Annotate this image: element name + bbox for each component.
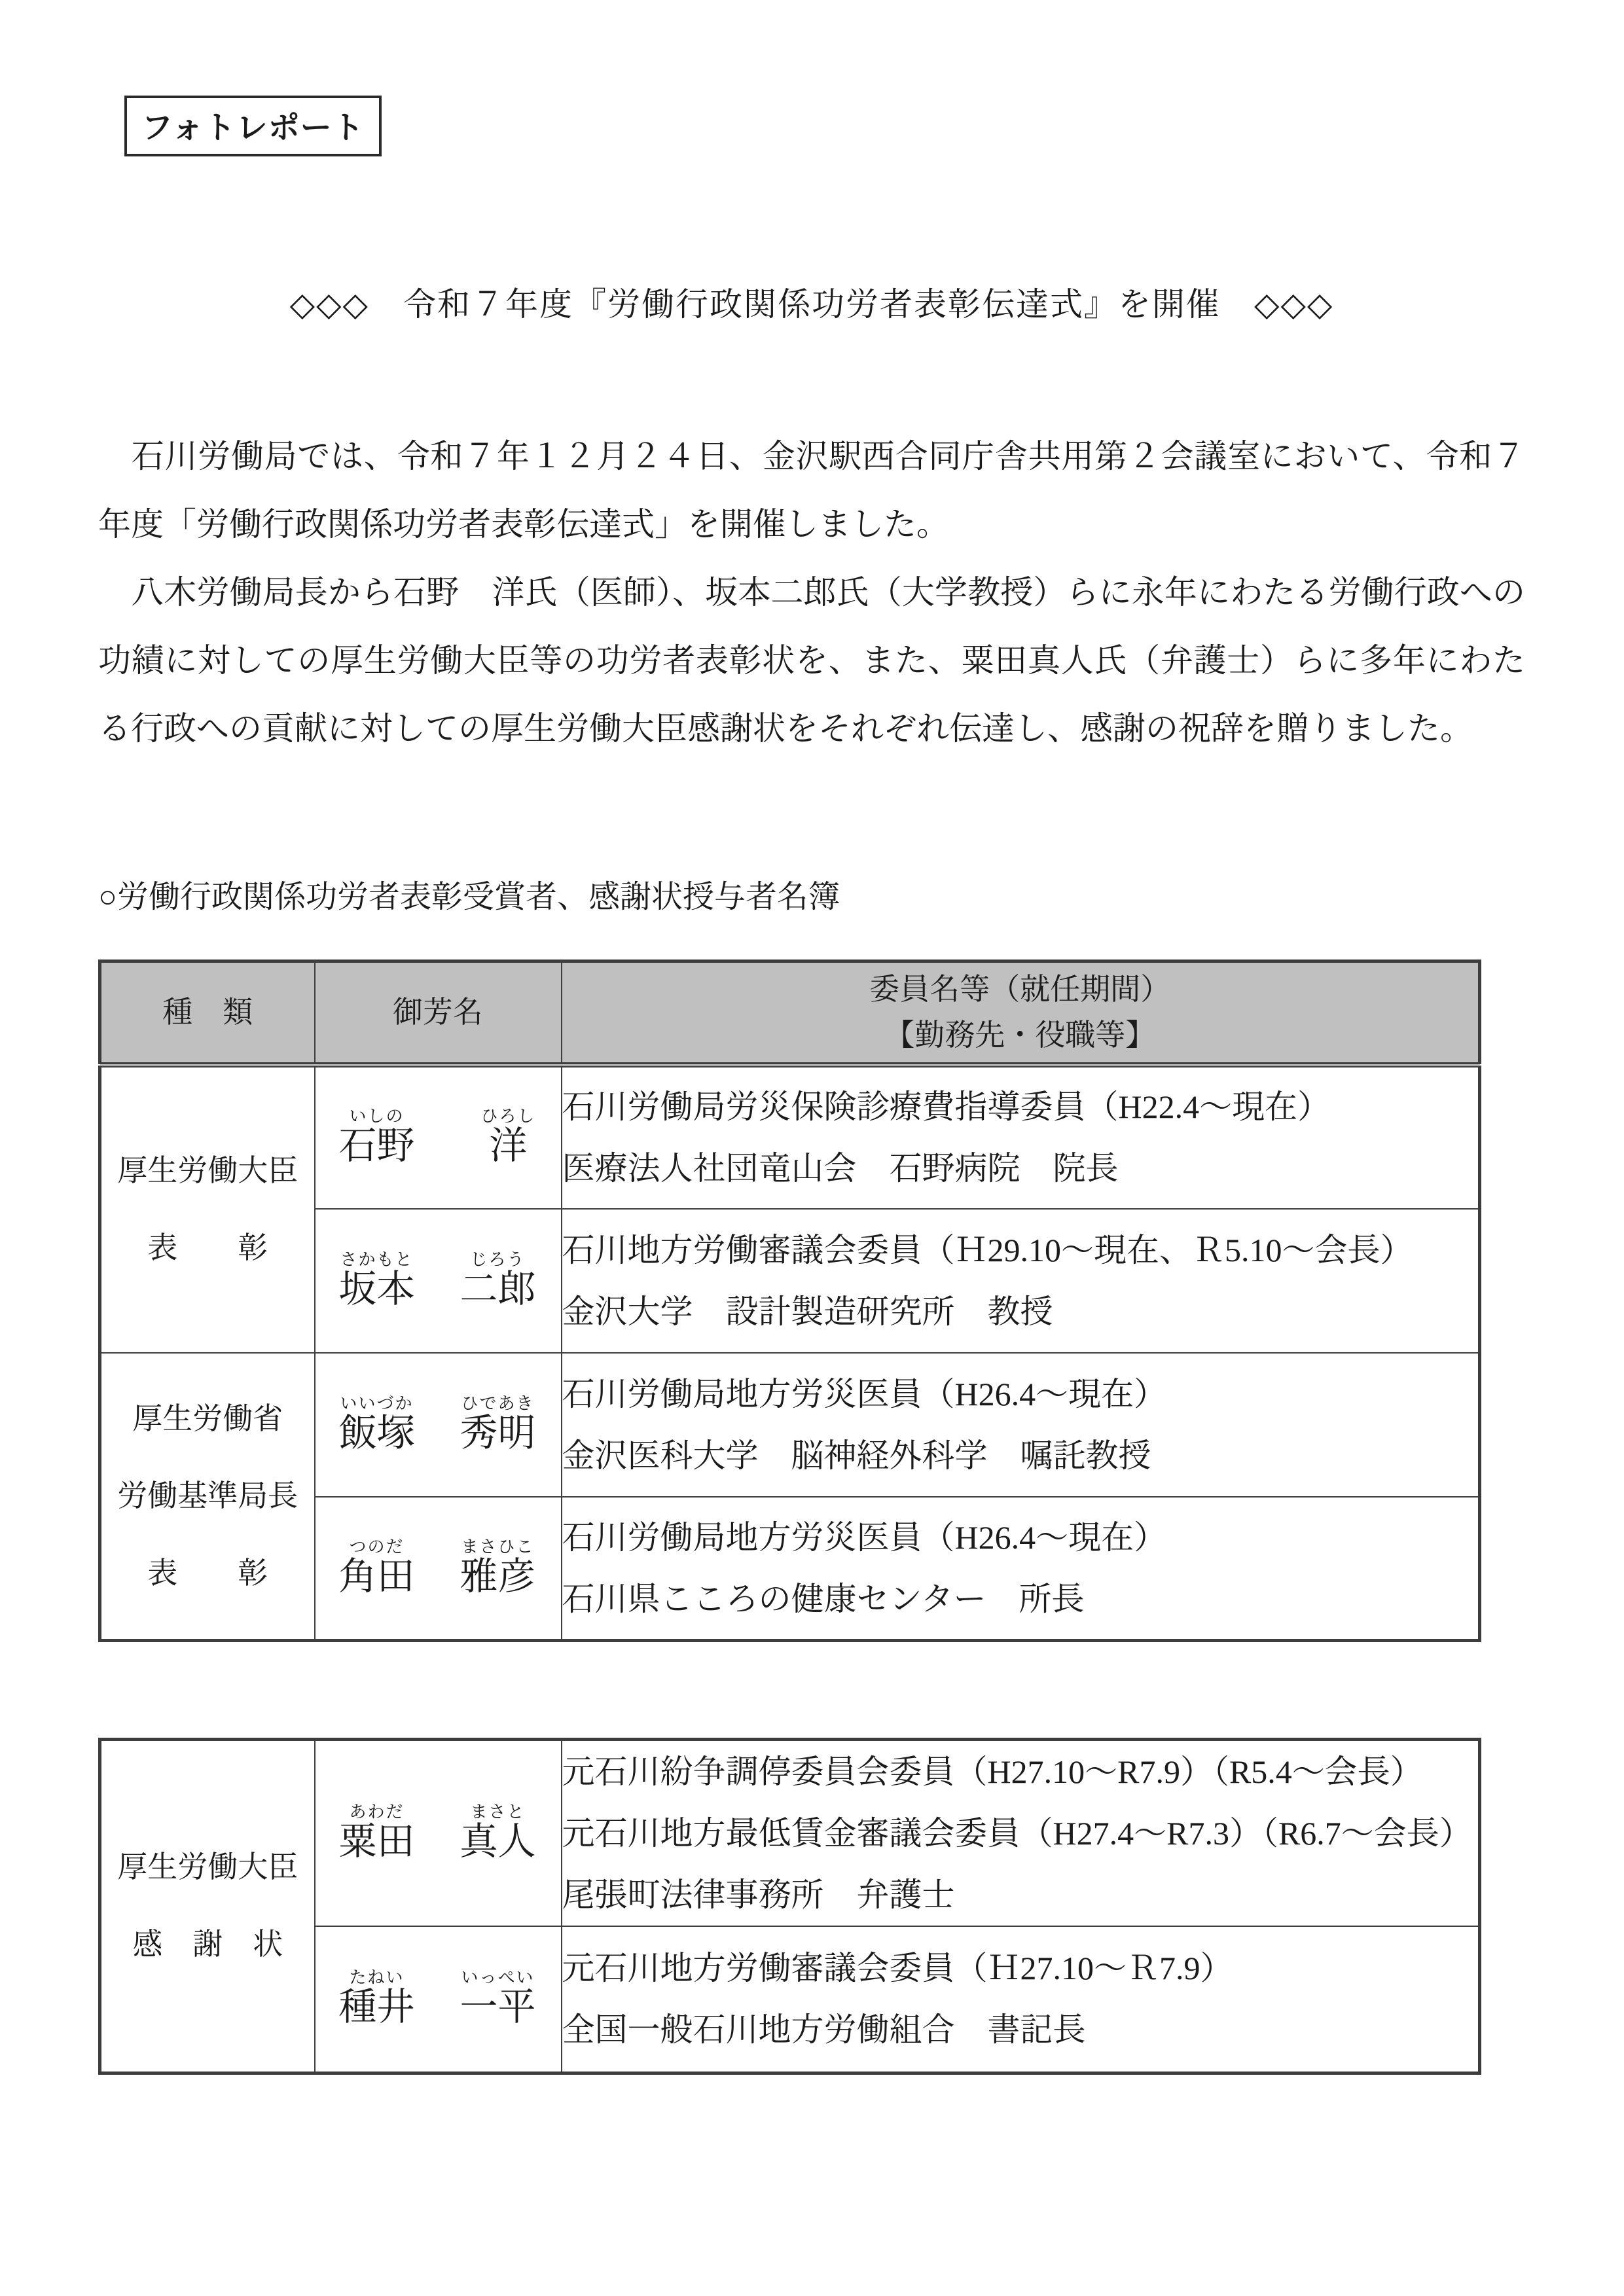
paragraph-2: 八木労働局長から石野 洋氏（医師）、坂本二郎氏（大学教授）らに永年にわたる労働行…	[98, 558, 1525, 762]
name-cell: 坂本さかもと 二郎じろう	[315, 1209, 562, 1353]
given-name: 秀明ひであき	[460, 1394, 535, 1456]
details-cell: 石川地方労働審議会委員（Ｈ29.10～現在、Ｒ5.10～会長） 金沢大学 設計製…	[562, 1209, 1480, 1353]
commendation-table: 種 類 御芳名 委員名等（就任期間） 【勤務先・役職等】 厚生労働大臣 表 彰 …	[98, 960, 1481, 1642]
photo-report-badge-label: フォトレポート	[141, 111, 365, 145]
given-name: 一平いっぺい	[460, 1968, 535, 2030]
surname: 角田つのだ	[339, 1537, 415, 1599]
surname: 坂本さかもと	[339, 1250, 415, 1312]
name-cell: 種井たねい 一平いっぺい	[315, 1926, 562, 2073]
paragraph-1: 石川労働局では、令和７年１２月２４日、金沢駅西合同庁舎共用第２会議室において、令…	[98, 422, 1525, 558]
name-cell: 石野いしの 洋ひろし	[315, 1065, 562, 1209]
surname: 種井たねい	[339, 1968, 415, 2030]
photo-report-badge: フォトレポート	[124, 96, 382, 156]
details-cell: 石川労働局労災保険診療費指導委員（H22.4～現在） 医療法人社団竜山会 石野病…	[562, 1065, 1480, 1209]
details-cell: 元石川紛争調停委員会委員（H27.10～R7.9）（R5.4～会長） 元石川地方…	[562, 1740, 1480, 1927]
col-header-details-line1: 委員名等（就任期間）	[562, 967, 1479, 1013]
category-minister-appreciation: 厚生労働大臣 感 謝 状	[100, 1740, 315, 2073]
surname: 石野いしの	[339, 1107, 415, 1168]
surname: 飯塚いいづか	[339, 1394, 415, 1456]
details-cell: 元石川地方労働審議会委員（Ｈ27.10～Ｒ7.9） 全国一般石川地方労働組合 書…	[562, 1926, 1480, 2073]
given-name: 二郎じろう	[460, 1250, 535, 1312]
table-row: 厚生労働大臣 感 謝 状 粟田あわだ 真人まさと 元石川紛争調停委員会委員（H2…	[100, 1740, 1480, 1927]
page-title: ◇◇◇ 令和７年度『労働行政関係功労者表彰伝達式』を開催 ◇◇◇	[98, 278, 1525, 325]
given-name: 真人まさと	[460, 1803, 535, 1864]
col-header-kind: 種 類	[100, 961, 315, 1065]
col-header-name: 御芳名	[315, 961, 562, 1065]
category-minister-commendation: 厚生労働大臣 表 彰	[100, 1065, 315, 1353]
appreciation-table: 厚生労働大臣 感 謝 状 粟田あわだ 真人まさと 元石川紛争調停委員会委員（H2…	[98, 1738, 1481, 2075]
name-cell: 粟田あわだ 真人まさと	[315, 1740, 562, 1927]
given-name: 雅彦まさひこ	[460, 1537, 535, 1599]
category-bureau-chief-commendation: 厚生労働省 労働基準局長 表 彰	[100, 1353, 315, 1641]
roster-heading: ○労働行政関係功労者表彰受賞者、感謝状授与者名簿	[98, 871, 1624, 916]
col-header-details: 委員名等（就任期間） 【勤務先・役職等】	[562, 961, 1480, 1065]
surname: 粟田あわだ	[339, 1803, 415, 1864]
body-text: 石川労働局では、令和７年１２月２４日、金沢駅西合同庁舎共用第２会議室において、令…	[98, 422, 1525, 762]
details-cell: 石川労働局地方労災医員（H26.4～現在） 石川県こころの健康センター 所長	[562, 1497, 1480, 1641]
col-header-details-line2: 【勤務先・役職等】	[562, 1013, 1479, 1058]
document-page: フォトレポート ◇◇◇ 令和７年度『労働行政関係功労者表彰伝達式』を開催 ◇◇◇…	[0, 0, 1624, 2296]
table-header-row: 種 類 御芳名 委員名等（就任期間） 【勤務先・役職等】	[100, 961, 1480, 1065]
given-name: 洋ひろし	[480, 1107, 535, 1168]
name-cell: 飯塚いいづか 秀明ひであき	[315, 1353, 562, 1497]
details-cell: 石川労働局地方労災医員（H26.4～現在） 金沢医科大学 脳神経外科学 嘱託教授	[562, 1353, 1480, 1497]
table-row: 厚生労働大臣 表 彰 石野いしの 洋ひろし 石川労働局労災保険診療費指導委員（H…	[100, 1065, 1480, 1209]
name-cell: 角田つのだ 雅彦まさひこ	[315, 1497, 562, 1641]
table-row: 厚生労働省 労働基準局長 表 彰 飯塚いいづか 秀明ひであき 石川労働局地方労災…	[100, 1353, 1480, 1497]
